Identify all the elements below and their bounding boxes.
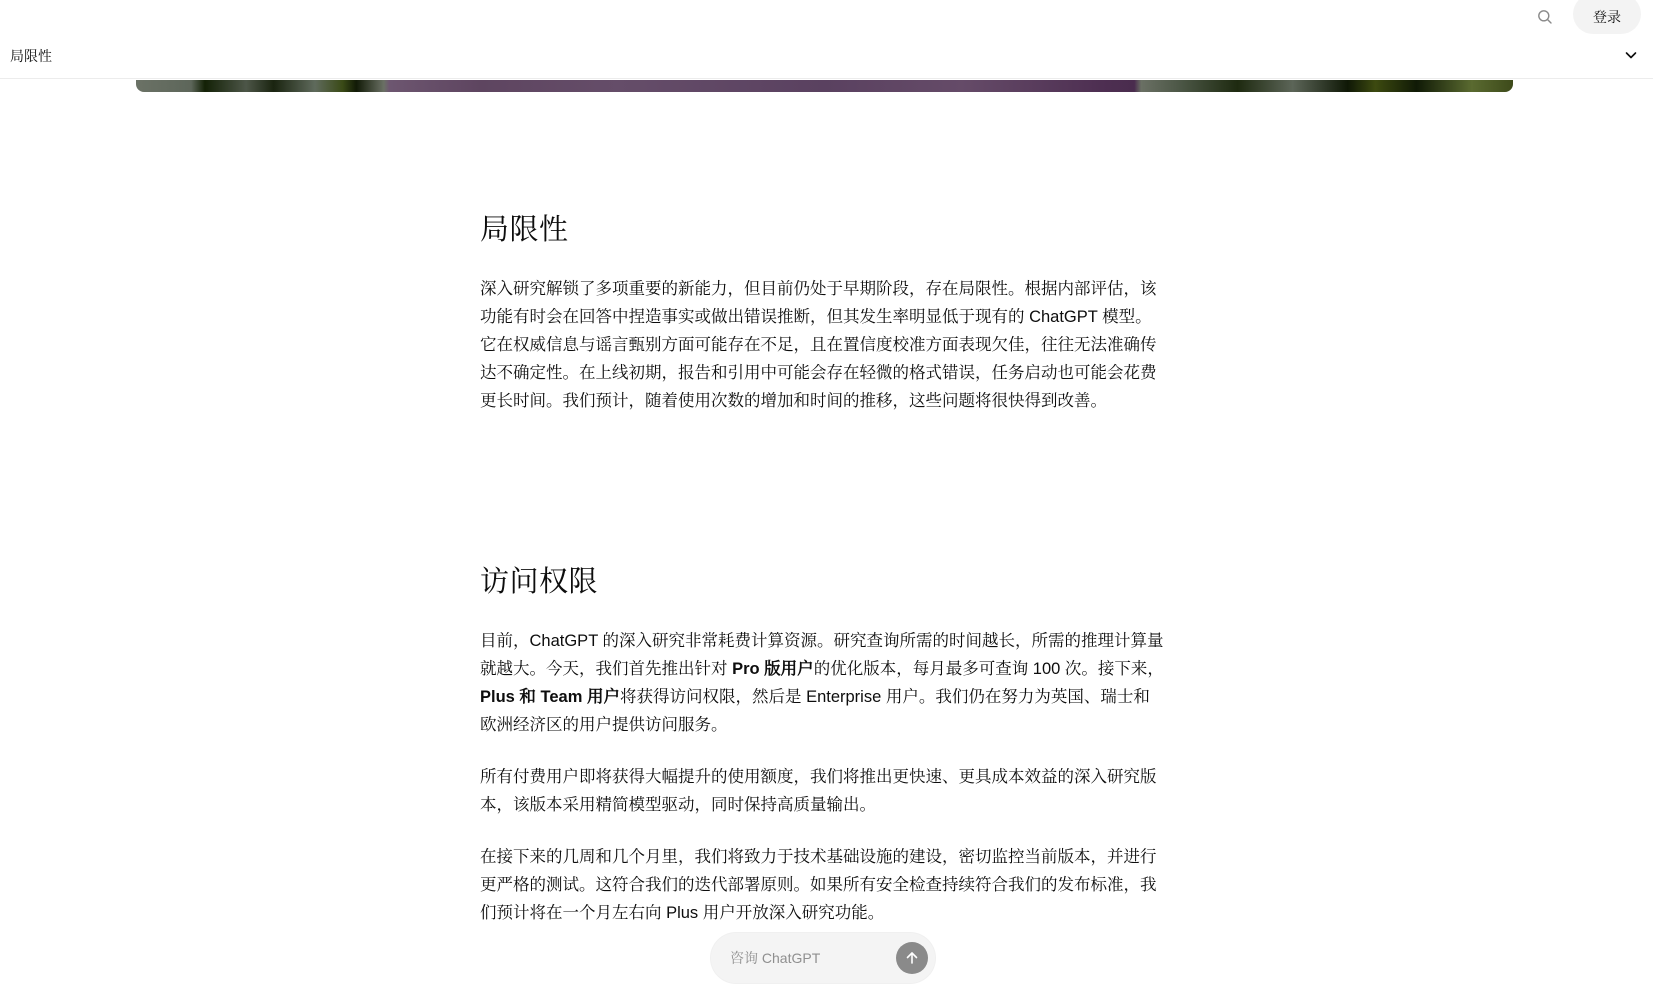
subnav-toggle-button[interactable] — [1622, 46, 1640, 64]
access-paragraph-2: 所有付费用户即将获得大幅提升的使用额度，我们将推出更快速、更具成本效益的深入研究… — [480, 763, 1165, 819]
access-paragraph-1: 目前，ChatGPT 的深入研究非常耗费计算资源。研究查询所需的时间越长，所需的… — [480, 627, 1165, 739]
pro-users-emphasis: Pro 版用户 — [732, 660, 814, 678]
search-icon — [1537, 9, 1553, 25]
subnav-current-section[interactable]: 局限性 — [10, 46, 52, 66]
send-button[interactable] — [896, 942, 928, 974]
login-button[interactable]: 登录 — [1573, 0, 1641, 34]
search-button[interactable] — [1533, 5, 1557, 29]
chevron-down-icon — [1622, 46, 1640, 64]
section-title-limitations: 局限性 — [480, 213, 569, 248]
text-span: 的优化版本，每月最多可查询 100 次。接下来， — [814, 660, 1164, 678]
arrow-up-icon — [904, 950, 920, 966]
access-paragraph-3: 在接下来的几周和几个月里，我们将致力于技术基础设施的建设，密切监控当前版本，并进… — [480, 843, 1165, 927]
plus-team-users-emphasis: Plus 和 Team 用户 — [480, 688, 620, 706]
section-title-access: 访问权限 — [480, 565, 598, 600]
ask-chatgpt-input[interactable] — [730, 933, 880, 983]
hero-image — [136, 80, 1513, 92]
section-subnav: 局限性 — [0, 36, 1653, 79]
top-bar: 登录 — [0, 0, 1653, 36]
ask-chatgpt-bar — [711, 933, 935, 983]
limitations-paragraph: 深入研究解锁了多项重要的新能力，但目前仍处于早期阶段，存在局限性。根据内部评估，… — [480, 275, 1165, 415]
